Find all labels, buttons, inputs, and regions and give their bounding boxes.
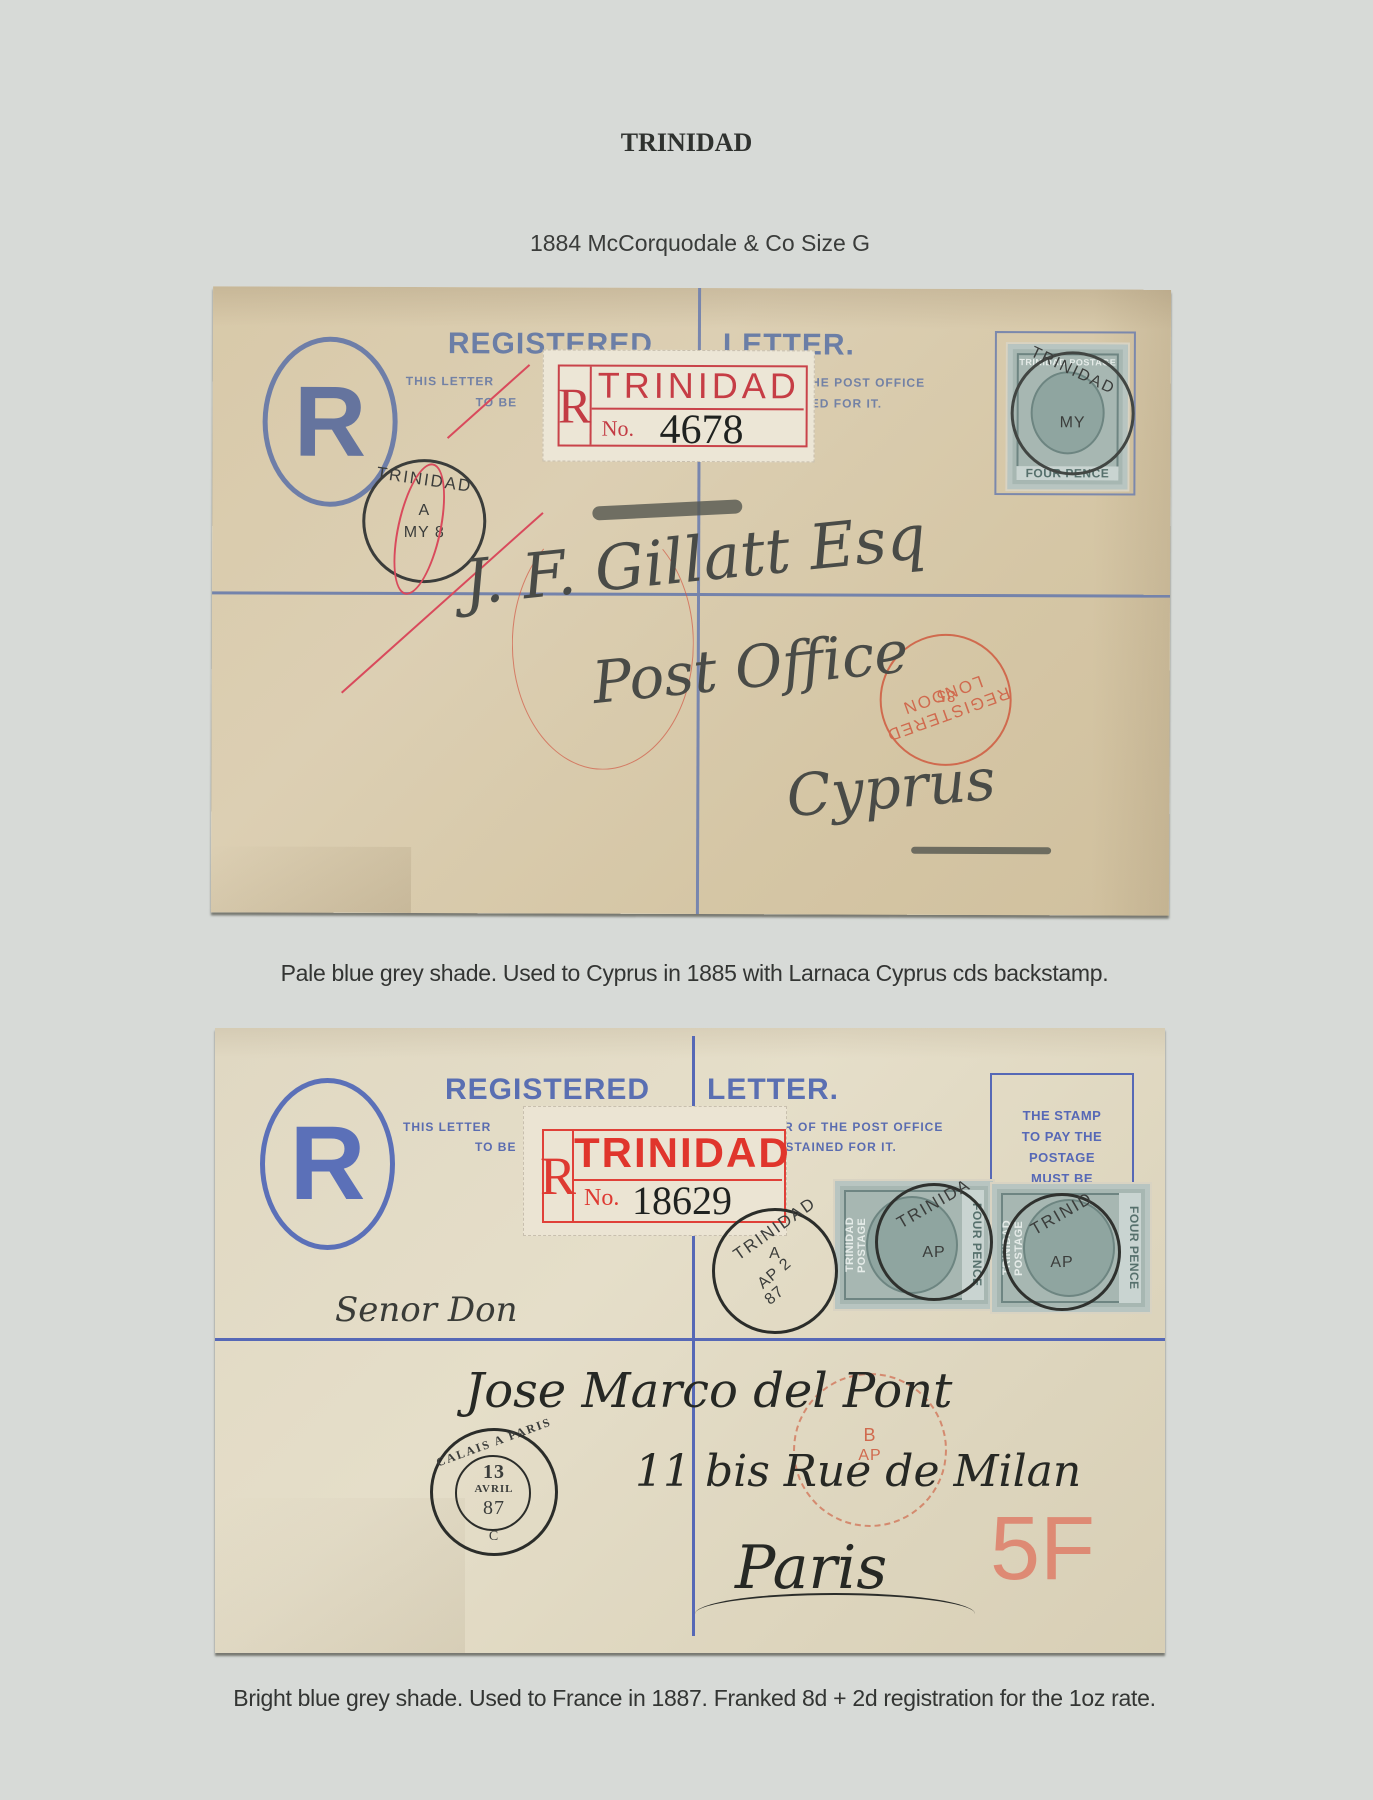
registered-letter-header-right: LETTER. [707,1073,839,1107]
label-no: No. [602,416,634,442]
label-office: TRINIDAD [594,365,804,408]
trinidad-cancel-on-stamp-2: TRINID AP [1003,1193,1121,1311]
calais-a-paris-postmark: CALAIS A PARIS 13 AVRIL 87 C [430,1428,558,1556]
instruction-text-2-left: TO BE [475,1140,516,1154]
registration-number: 4678 [660,406,744,454]
red-5f-marking: 5F [990,1498,1095,1601]
registered-envelope-1887: R REGISTERED LETTER. THIS LETTER ER OF T… [215,1028,1165,1653]
ink-underline [911,847,1051,854]
label-r: R [544,1131,574,1221]
stamp-side-text: TRINIDAD POSTAGE [844,1190,864,1300]
stamp-box-line-2: TO PAY THE [992,1126,1132,1147]
registered-envelope-1885: R REGISTERED LETTER. THIS LETTER OF THE … [211,286,1171,915]
stamp-box-line-1: THE STAMP [992,1105,1132,1126]
instruction-text-1-right: ER OF THE POST OFFICE [775,1120,943,1134]
registered-r-circle: R [260,1078,395,1250]
r-mark: R [294,364,367,479]
registration-label: R TRINIDAD No. 4678 [542,349,814,462]
label-no: No. [584,1185,619,1212]
registered-letter-header-left: REGISTERED [445,1073,650,1107]
instruction-text-2-right: OSTAINED FOR IT. [775,1140,897,1154]
stamp-value: FOUR PENCE [1119,1193,1141,1303]
address-line-1: Jose Marco del Pont [465,1363,952,1419]
page-title: TRINIDAD [0,128,1373,158]
r-mark: R [290,1104,366,1224]
trinidad-postmark: TRINIDAD A AP 2 87 [712,1208,838,1334]
trinidad-cancel-on-stamp: TRINIDAD MY [1010,351,1134,475]
address-line-1: J. F. Gillatt Esq [460,500,930,620]
registration-number: 18629 [632,1177,732,1224]
caption-envelope-1: Pale blue grey shade. Used to Cyprus in … [8,960,1373,987]
stamp-box-line-3: POSTAGE [992,1147,1132,1168]
address-line-2: 11 bis Rue de Milan [635,1446,1081,1497]
address-salutation: Senor Don [335,1290,517,1330]
trinidad-cancel-on-stamp-1: TRINIDA AP [875,1183,993,1301]
caption-envelope-2: Bright blue grey shade. Used to France i… [8,1685,1373,1712]
page-subtitle: 1884 McCorquodale & Co Size G [0,230,1373,257]
address-flourish [695,1593,975,1635]
instruction-text-1-left: THIS LETTER [406,374,494,388]
stamp-box: THE STAMP TO PAY THE POSTAGE MUST BE [990,1073,1134,1202]
label-r: R [560,367,592,445]
instruction-text-1-left: THIS LETTER [403,1120,491,1134]
divider-horizontal [215,1338,1165,1341]
ink-stroke [592,499,743,520]
label-office: TRINIDAD [574,1129,780,1177]
address-line-3: Cyprus [784,745,998,830]
